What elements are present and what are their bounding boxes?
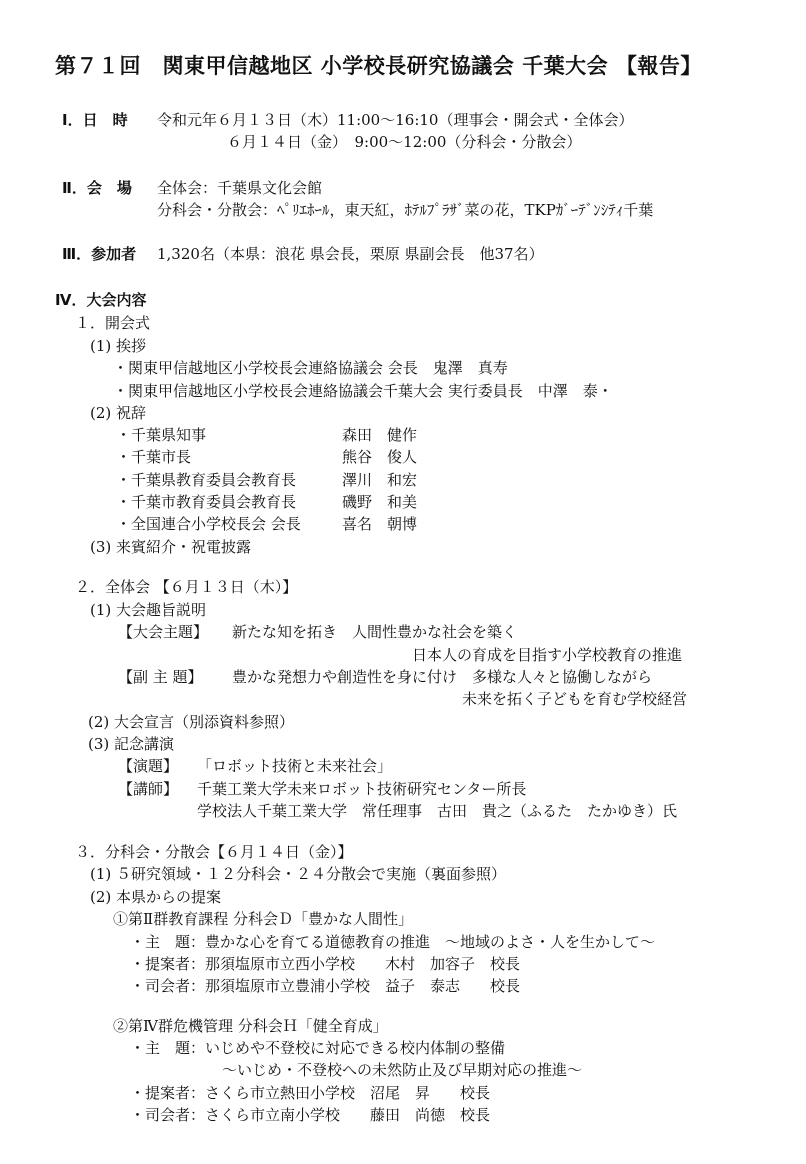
proposal-presenter: ・提案者：那須塩原市立西小学校 木村 加容子 校長	[130, 954, 520, 974]
congrats-role: ・千葉市長	[116, 447, 191, 467]
congrats-heading: (2) 祝辞	[90, 403, 146, 423]
proposal-theme-sub: ～いじめ・不登校への未然防止及び早期対応の推進～	[222, 1060, 582, 1080]
congrats-role: ・千葉県教育委員会教育長	[116, 470, 296, 490]
congrats-role: ・千葉県知事	[116, 425, 206, 445]
opening-heading: １．開会式	[75, 313, 150, 333]
congrats-name: 森田 健作	[342, 425, 417, 445]
date-heading: Ⅰ．日 時	[62, 110, 128, 130]
participants-heading: Ⅲ．参加者	[62, 244, 136, 264]
congrats-role: ・全国連合小学校長会 会長	[116, 514, 301, 534]
lecture-title-label: 【演題】	[118, 756, 178, 776]
date-line-2: ６月１４日（金） 9:00～12:00（分科会・分散会）	[227, 132, 581, 152]
congrats-name: 磯野 和美	[342, 492, 417, 512]
proposal-moderator: ・司会者：さくら市立南小学校 藤田 尚徳 校長	[130, 1105, 490, 1125]
congrats-name: 熊谷 俊人	[342, 447, 417, 467]
lecturer-label: 【講師】	[118, 779, 178, 799]
participants-text: 1,320名（本県：浪花 県会長，栗原 県副会長 他37名）	[157, 244, 544, 264]
proposal-moderator: ・司会者：那須塩原市立豊浦小学校 益子 泰志 校長	[130, 976, 520, 996]
main-theme-line-2: 日本人の育成を目指す小学校教育の推進	[412, 645, 682, 665]
guests-heading: (3) 来賓紹介・祝電披露	[90, 537, 251, 557]
proposal-theme: ・主 題：豊かな心を育てる道徳教育の推進 ～地域のよさ・人を生かして～	[130, 932, 655, 952]
sessions-item-2: (2) 本県からの提案	[90, 887, 221, 907]
plenary-heading: ２．全体会 【６月１３日（木）】	[75, 577, 297, 597]
lecturer-line-2: 学校法人千葉工業大学 常任理事 古田 貴之（ふるた たかゆき）氏	[197, 801, 677, 821]
proposal-heading: ②第Ⅳ群危機管理 分科会Ｈ「健全育成」	[113, 1016, 388, 1036]
main-theme-label: 【大会主題】	[118, 622, 208, 642]
sessions-heading: ３．分科会・分散会【６月１４日（金）】	[75, 842, 353, 862]
congrats-role: ・千葉市教育委員会教育長	[116, 492, 296, 512]
proposal-presenter: ・提案者：さくら市立熱田小学校 沼尾 昇 校長	[130, 1083, 490, 1103]
proposal-theme: ・主 題：いじめや不登校に対応できる校内体制の整備	[130, 1038, 505, 1058]
proposal-heading: ①第Ⅱ群教育課程 分科会Ｄ「豊かな人間性」	[113, 909, 413, 929]
venue-line-2: 分科会・分散会：ﾍﾟﾘｴﾎｰﾙ，東天紅，ﾎﾃﾙﾌﾟﾗｻﾞ菜の花，TKPｶﾞｰﾃﾞ…	[157, 200, 653, 220]
sessions-item-1: (1) ５研究領域・１２分科会・２４分散会で実施（裏面参照）	[90, 864, 506, 884]
main-theme-line-1: 新たな知を拓き 人間性豊かな社会を築く	[232, 622, 517, 642]
sub-theme-line-1: 豊かな発想力や創造性を身に付け 多様な人々と協働しながら	[232, 667, 652, 687]
content-heading: Ⅳ．大会内容	[55, 290, 146, 310]
sub-theme-label: 【副 主 題】	[118, 667, 203, 687]
greeting-item: ・関東甲信越地区小学校長会連絡協議会 会長 鬼澤 真寿	[113, 358, 508, 378]
greeting-item: ・関東甲信越地区小学校長会連絡協議会千葉大会 実行委員長 中澤 泰・	[113, 381, 613, 401]
date-line-1: 令和元年６月１３日（木）11:00～16:10（理事会・開会式・全体会）	[157, 110, 633, 130]
venue-line-1: 全体会：千葉県文化会館	[157, 178, 322, 198]
congrats-name: 喜名 朝博	[342, 514, 417, 534]
purpose-heading: (1) 大会趣旨説明	[90, 600, 206, 620]
lecture-heading: (3) 記念講演	[88, 734, 174, 754]
venue-heading: Ⅱ．会 場	[62, 178, 132, 198]
page-title: 第７１回 関東甲信越地区 小学校長研究協議会 千葉大会 【報告】	[55, 52, 702, 80]
lecturer-line-1: 千葉工業大学未来ロボット技術研究センター所長	[197, 779, 526, 799]
lecture-title: 「ロボット技術と未来社会」	[197, 756, 392, 776]
declaration: (2) 大会宣言（別添資料参照）	[88, 712, 294, 732]
sub-theme-line-2: 未来を拓く子どもを育む学校経営	[462, 689, 687, 709]
congrats-name: 澤川 和宏	[342, 470, 417, 490]
greeting-heading: (1) 挨拶	[90, 336, 146, 356]
